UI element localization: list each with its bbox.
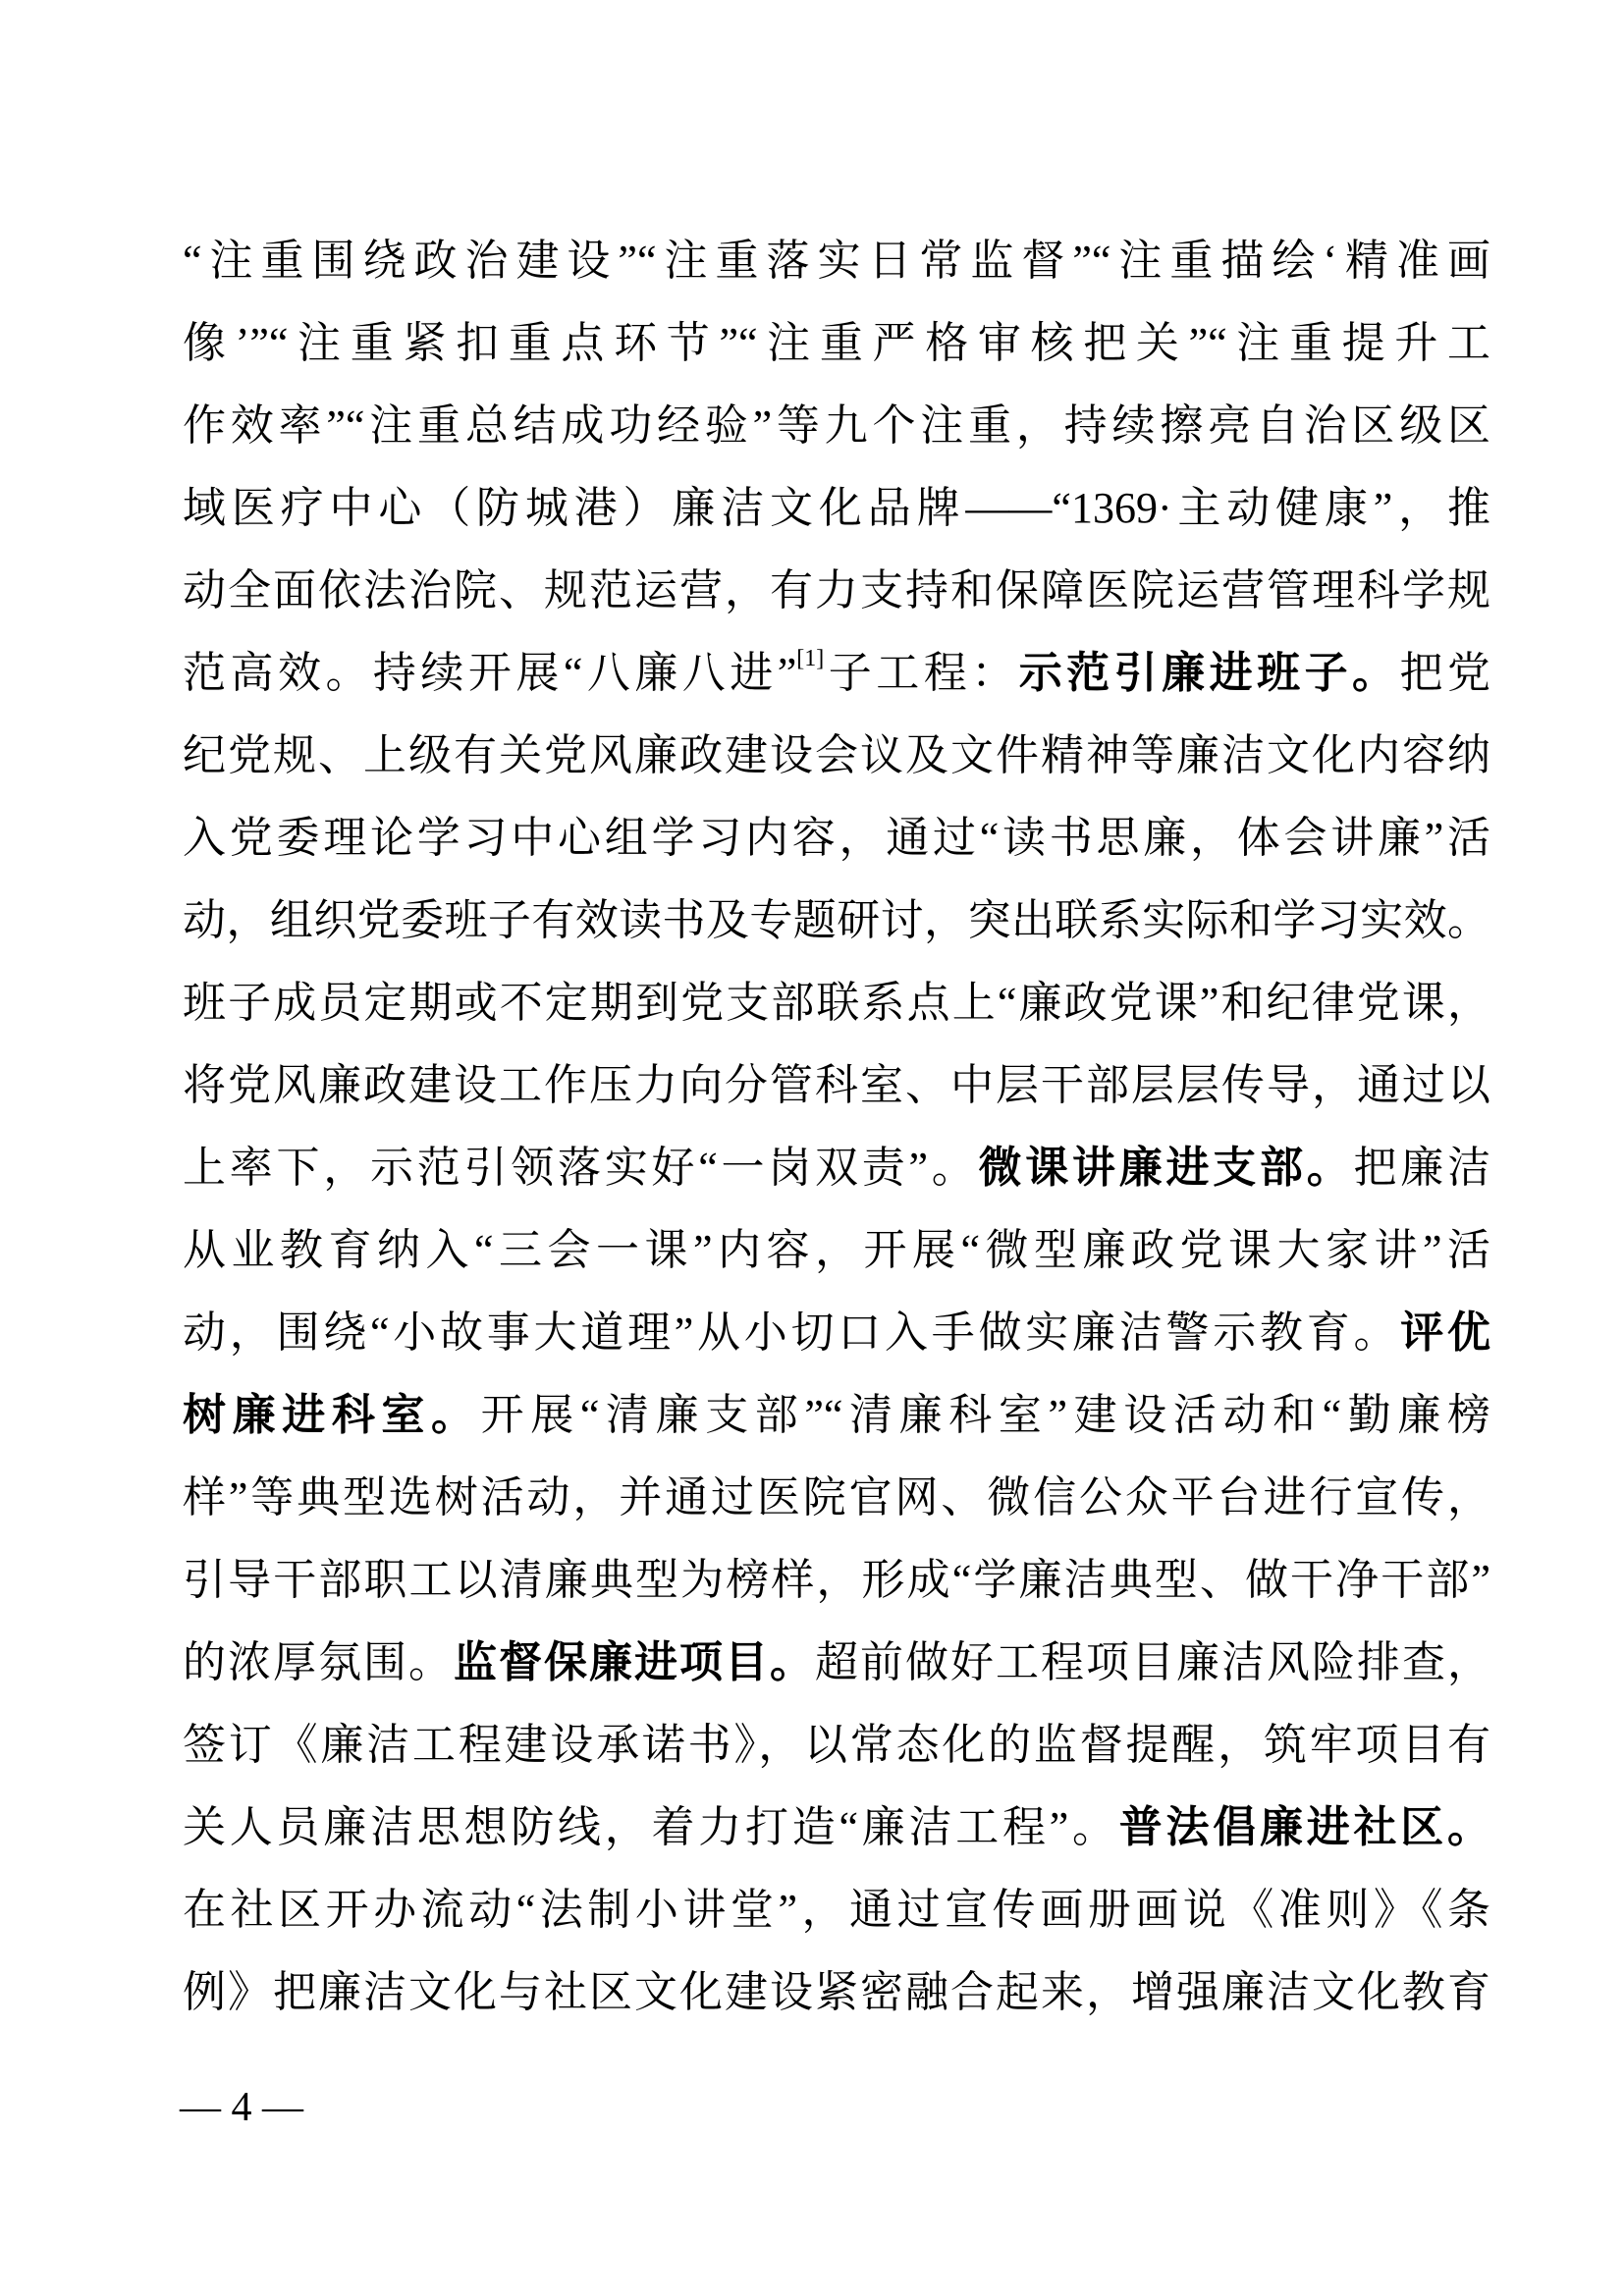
text-segment: 纪党规、上级有关党风廉政建设会议及文件精神等廉洁文化内容纳 — [183, 731, 1490, 779]
text-line: 例》把廉洁文化与社区文化建设紧密融合起来，增强廉洁文化教育 — [183, 1951, 1490, 2034]
text-line: 树廉进科室。开展“清廉支部”“清廉科室”建设活动和“勤廉榜 — [183, 1374, 1490, 1457]
text-segment: 关人员廉洁思想防线，着力打造“廉洁工程”。 — [183, 1803, 1119, 1851]
text-segment: 入党委理论学习中心组学习内容，通过“读书思廉，体会讲廉”活 — [183, 814, 1490, 862]
text-segment: 的浓厚氛围。 — [183, 1638, 454, 1686]
text-segment: 上率下，示范引领落实好“一岗双责”。 — [183, 1144, 979, 1192]
text-segment: 动，组织党委班子有效读书及专题研讨，突出联系实际和学习实效。 — [183, 896, 1490, 944]
bold-phrase: 树廉进科室。 — [183, 1391, 481, 1439]
text-line: 作效率”“注重总结成功经验”等九个注重，持续擦亮自治区级区 — [183, 385, 1490, 467]
text-line: 班子成员定期或不定期到党支部联系点上“廉政党课”和纪律党课， — [183, 962, 1490, 1044]
text-line: 在社区开办流动“法制小讲堂”，通过宣传画册画说《准则》《条 — [183, 1869, 1490, 1951]
text-line: 签订《廉洁工程建设承诺书》，以常态化的监督提醒，筑牢项目有 — [183, 1704, 1490, 1787]
text-line: 动，组织党委班子有效读书及专题研讨，突出联系实际和学习实效。 — [183, 880, 1490, 962]
text-line: 样”等典型选树活动，并通过医院官网、微信公众平台进行宣传， — [183, 1457, 1490, 1539]
text-line: 域医疗中心（防城港）廉洁文化品牌——“1369·主动健康”，推 — [183, 467, 1490, 550]
text-segment: 域医疗中心（防城港）廉洁文化品牌——“1369·主动健康”，推 — [183, 484, 1490, 532]
text-line: 关人员廉洁思想防线，着力打造“廉洁工程”。普法倡廉进社区。 — [183, 1787, 1490, 1869]
text-segment: 将党风廉政建设工作压力向分管科室、中层干部层层传导，通过以 — [183, 1061, 1490, 1109]
text-segment: 把党 — [1400, 649, 1490, 697]
bold-phrase: 示范引廉进班子。 — [1019, 649, 1400, 697]
text-segment: “注重围绕政治建设”“注重落实日常监督”“注重描绘‘精准画 — [183, 237, 1490, 285]
text-line: 上率下，示范引领落实好“一岗双责”。微课讲廉进支部。把廉洁 — [183, 1127, 1490, 1209]
document-page: “注重围绕政治建设”“注重落实日常监督”“注重描绘‘精准画像’”“注重紧扣重点环… — [0, 0, 1624, 2296]
text-segment: 签订《廉洁工程建设承诺书》，以常态化的监督提醒，筑牢项目有 — [183, 1721, 1490, 1769]
text-line: 从业教育纳入“三会一课”内容，开展“微型廉政党课大家讲”活 — [183, 1209, 1490, 1292]
footnote-ref: [1] — [796, 646, 824, 671]
text-segment: 例》把廉洁文化与社区文化建设紧密融合起来，增强廉洁文化教育 — [183, 1968, 1490, 2016]
bold-phrase: 微课讲廉进支部。 — [979, 1144, 1354, 1192]
text-line: 范高效。持续开展“八廉八进”[1]子工程：示范引廉进班子。把党 — [183, 632, 1490, 715]
text-segment: 子工程： — [824, 649, 1018, 697]
text-segment: 从业教育纳入“三会一课”内容，开展“微型廉政党课大家讲”活 — [183, 1226, 1490, 1274]
text-segment: 动全面依法治院、规范运营，有力支持和保障医院运营管理科学规 — [183, 566, 1490, 614]
text-line: 动，围绕“小故事大道理”从小切口入手做实廉洁警示教育。评优 — [183, 1292, 1490, 1374]
text-segment: 引导干部职工以清廉典型为榜样，形成“学廉洁典型、做干净干部” — [183, 1556, 1490, 1604]
text-segment: 范高效。持续开展“八廉八进” — [183, 649, 796, 697]
bold-phrase: 评优 — [1400, 1308, 1490, 1357]
text-line: 将党风廉政建设工作压力向分管科室、中层干部层层传导，通过以 — [183, 1044, 1490, 1127]
text-segment: 开展“清廉支部”“清廉科室”建设活动和“勤廉榜 — [481, 1391, 1490, 1439]
text-segment: 动，围绕“小故事大道理”从小切口入手做实廉洁警示教育。 — [183, 1308, 1400, 1357]
document-lines: “注重围绕政治建设”“注重落实日常监督”“注重描绘‘精准画像’”“注重紧扣重点环… — [183, 220, 1490, 2034]
text-line: 的浓厚氛围。监督保廉进项目。超前做好工程项目廉洁风险排查， — [183, 1622, 1490, 1704]
text-segment: 在社区开办流动“法制小讲堂”，通过宣传画册画说《准则》《条 — [183, 1886, 1490, 1934]
text-segment: 像’”“注重紧扣重点环节”“注重严格审核把关”“注重提升工 — [183, 319, 1490, 367]
text-segment: 作效率”“注重总结成功经验”等九个注重，持续擦亮自治区级区 — [183, 401, 1490, 450]
text-line: 入党委理论学习中心组学习内容，通过“读书思廉，体会讲廉”活 — [183, 797, 1490, 880]
text-segment: 超前做好工程项目廉洁风险排查， — [815, 1638, 1490, 1686]
bold-phrase: 监督保廉进项目。 — [454, 1638, 815, 1686]
text-line: 像’”“注重紧扣重点环节”“注重严格审核把关”“注重提升工 — [183, 302, 1490, 385]
text-line: 纪党规、上级有关党风廉政建设会议及文件精神等廉洁文化内容纳 — [183, 715, 1490, 797]
text-line: 引导干部职工以清廉典型为榜样，形成“学廉洁典型、做干净干部” — [183, 1539, 1490, 1622]
text-line: 动全面依法治院、规范运营，有力支持和保障医院运营管理科学规 — [183, 550, 1490, 632]
text-segment: 样”等典型选树活动，并通过医院官网、微信公众平台进行宣传， — [183, 1473, 1490, 1522]
text-line: “注重围绕政治建设”“注重落实日常监督”“注重描绘‘精准画 — [183, 220, 1490, 302]
page-number: — 4 — — [180, 2083, 303, 2132]
text-segment: 把廉洁 — [1354, 1144, 1490, 1192]
bold-phrase: 普法倡廉进社区。 — [1119, 1803, 1490, 1851]
text-segment: 班子成员定期或不定期到党支部联系点上“廉政党课”和纪律党课， — [183, 979, 1490, 1027]
